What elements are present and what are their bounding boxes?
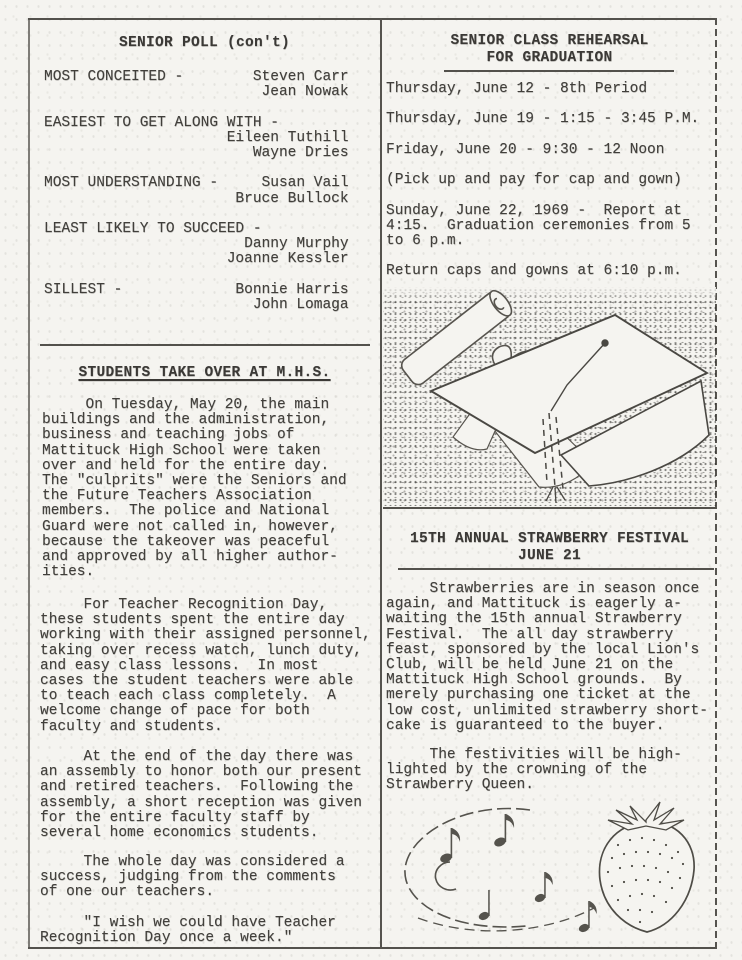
- senior-poll-title: SENIOR POLL (con't): [28, 36, 381, 51]
- students-article-paragraph: At the end of the day there was an assem…: [40, 750, 362, 841]
- strawberry-illustration-art: [388, 800, 716, 944]
- rehearsal-title-line1: SENIOR CLASS REHEARSAL: [383, 34, 716, 49]
- rehearsal-title-line2: FOR GRADUATION: [383, 51, 716, 66]
- rehearsal-title-underline: [444, 70, 674, 72]
- strawberry-title-line1: 15TH ANNUAL STRAWBERRY FESTIVAL: [383, 532, 716, 547]
- border-left: [28, 18, 30, 949]
- students-article-title: STUDENTS TAKE OVER AT M.H.S.: [28, 366, 381, 381]
- music-notes-icon: [405, 809, 597, 934]
- strawberry-paragraph: The festivities will be high- lighted by…: [386, 748, 682, 794]
- column-divider: [380, 18, 382, 949]
- strawberry-icon: [599, 802, 694, 932]
- students-article-paragraph: On Tuesday, May 20, the main buildings a…: [42, 398, 347, 580]
- strawberry-title-underline: [398, 568, 714, 570]
- rehearsal-schedule: Thursday, June 12 - 8th Period Thursday,…: [386, 82, 699, 280]
- senior-poll-entries: MOST CONCEITED - Steven Carr Jean Nowak …: [44, 70, 349, 313]
- border-bottom: [28, 947, 717, 949]
- strawberry-title-line2: JUNE 21: [383, 549, 716, 564]
- students-article-paragraph: The whole day was considered a success, …: [40, 855, 345, 901]
- newsletter-page: SENIOR POLL (con't) MOST CONCEITED - Ste…: [0, 0, 742, 960]
- right-section-divider: [383, 507, 716, 509]
- students-article-paragraph: For Teacher Recognition Day, these stude…: [40, 598, 371, 735]
- left-section-divider: [40, 344, 370, 346]
- strawberry-illustration: [388, 800, 716, 944]
- border-top: [28, 18, 717, 20]
- graduation-illustration-art: [383, 287, 716, 506]
- students-article-paragraph: "I wish we could have Teacher Recognitio…: [40, 916, 336, 946]
- graduation-illustration: [383, 287, 716, 506]
- strawberry-paragraph: Strawberries are in season once again, a…: [386, 582, 708, 734]
